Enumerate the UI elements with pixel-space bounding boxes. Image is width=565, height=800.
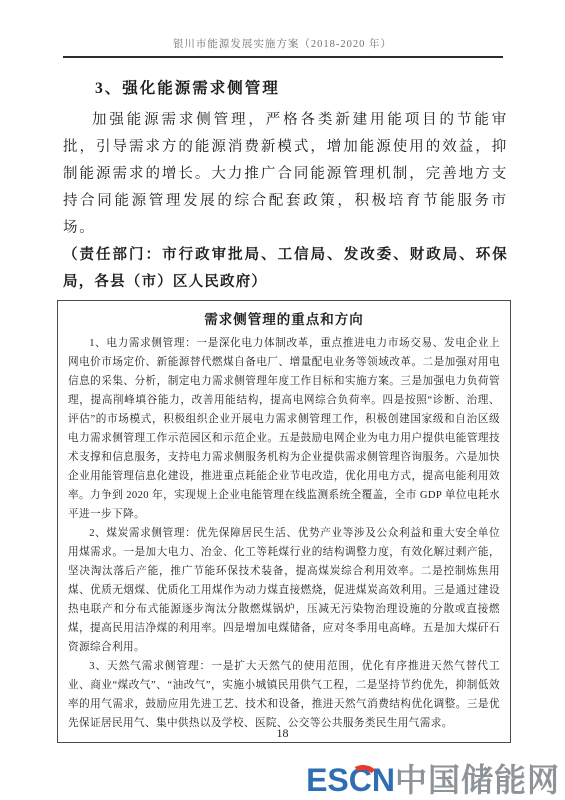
responsibility-note: （责任部门：市行政审批局、工信局、发改委、财政局、环保局，各县（市）区人民政府） — [63, 242, 508, 296]
page-header-title: 银川市能源发展实施方案（2018-2020 年） — [0, 0, 565, 51]
demand-side-info-box: 需求侧管理的重点和方向 1、电力需求侧管理：一是深化电力体制改革，重点推进电力市… — [57, 300, 511, 743]
info-box-title: 需求侧管理的重点和方向 — [68, 308, 500, 328]
info-box-paragraph-electricity: 1、电力需求侧管理：一是深化电力体制改革，重点推进电力市场交易、发电企业上网电价… — [68, 334, 500, 524]
escn-watermark-logo: ESCN中国储能网 — [306, 761, 560, 799]
info-box-paragraph-coal: 2、煤炭需求侧管理：优先保障居民生活、优势产业等涉及公众利益和重大安全单位用煤需… — [68, 524, 500, 657]
info-box-paragraph-gas: 3、天然气需求侧管理：一是扩大天然气的使用范围，优化有序推进天然气替代工业、商业… — [68, 657, 500, 733]
logo-text-cjk: 中国储能网 — [395, 762, 560, 798]
header-divider — [63, 56, 503, 58]
intro-paragraph: 加强能源需求侧管理，严格各类新建用能项目的节能审批，引导需求方的能源消费新模式，… — [63, 107, 508, 242]
logo-letter-c: C — [349, 761, 372, 799]
logo-text-es: ES — [306, 762, 349, 798]
document-page: 银川市能源发展实施方案（2018-2020 年） 3、强化能源需求侧管理 加强能… — [0, 0, 565, 800]
page-number: 18 — [0, 726, 565, 741]
section-heading: 3、强化能源需求侧管理 — [95, 76, 509, 98]
